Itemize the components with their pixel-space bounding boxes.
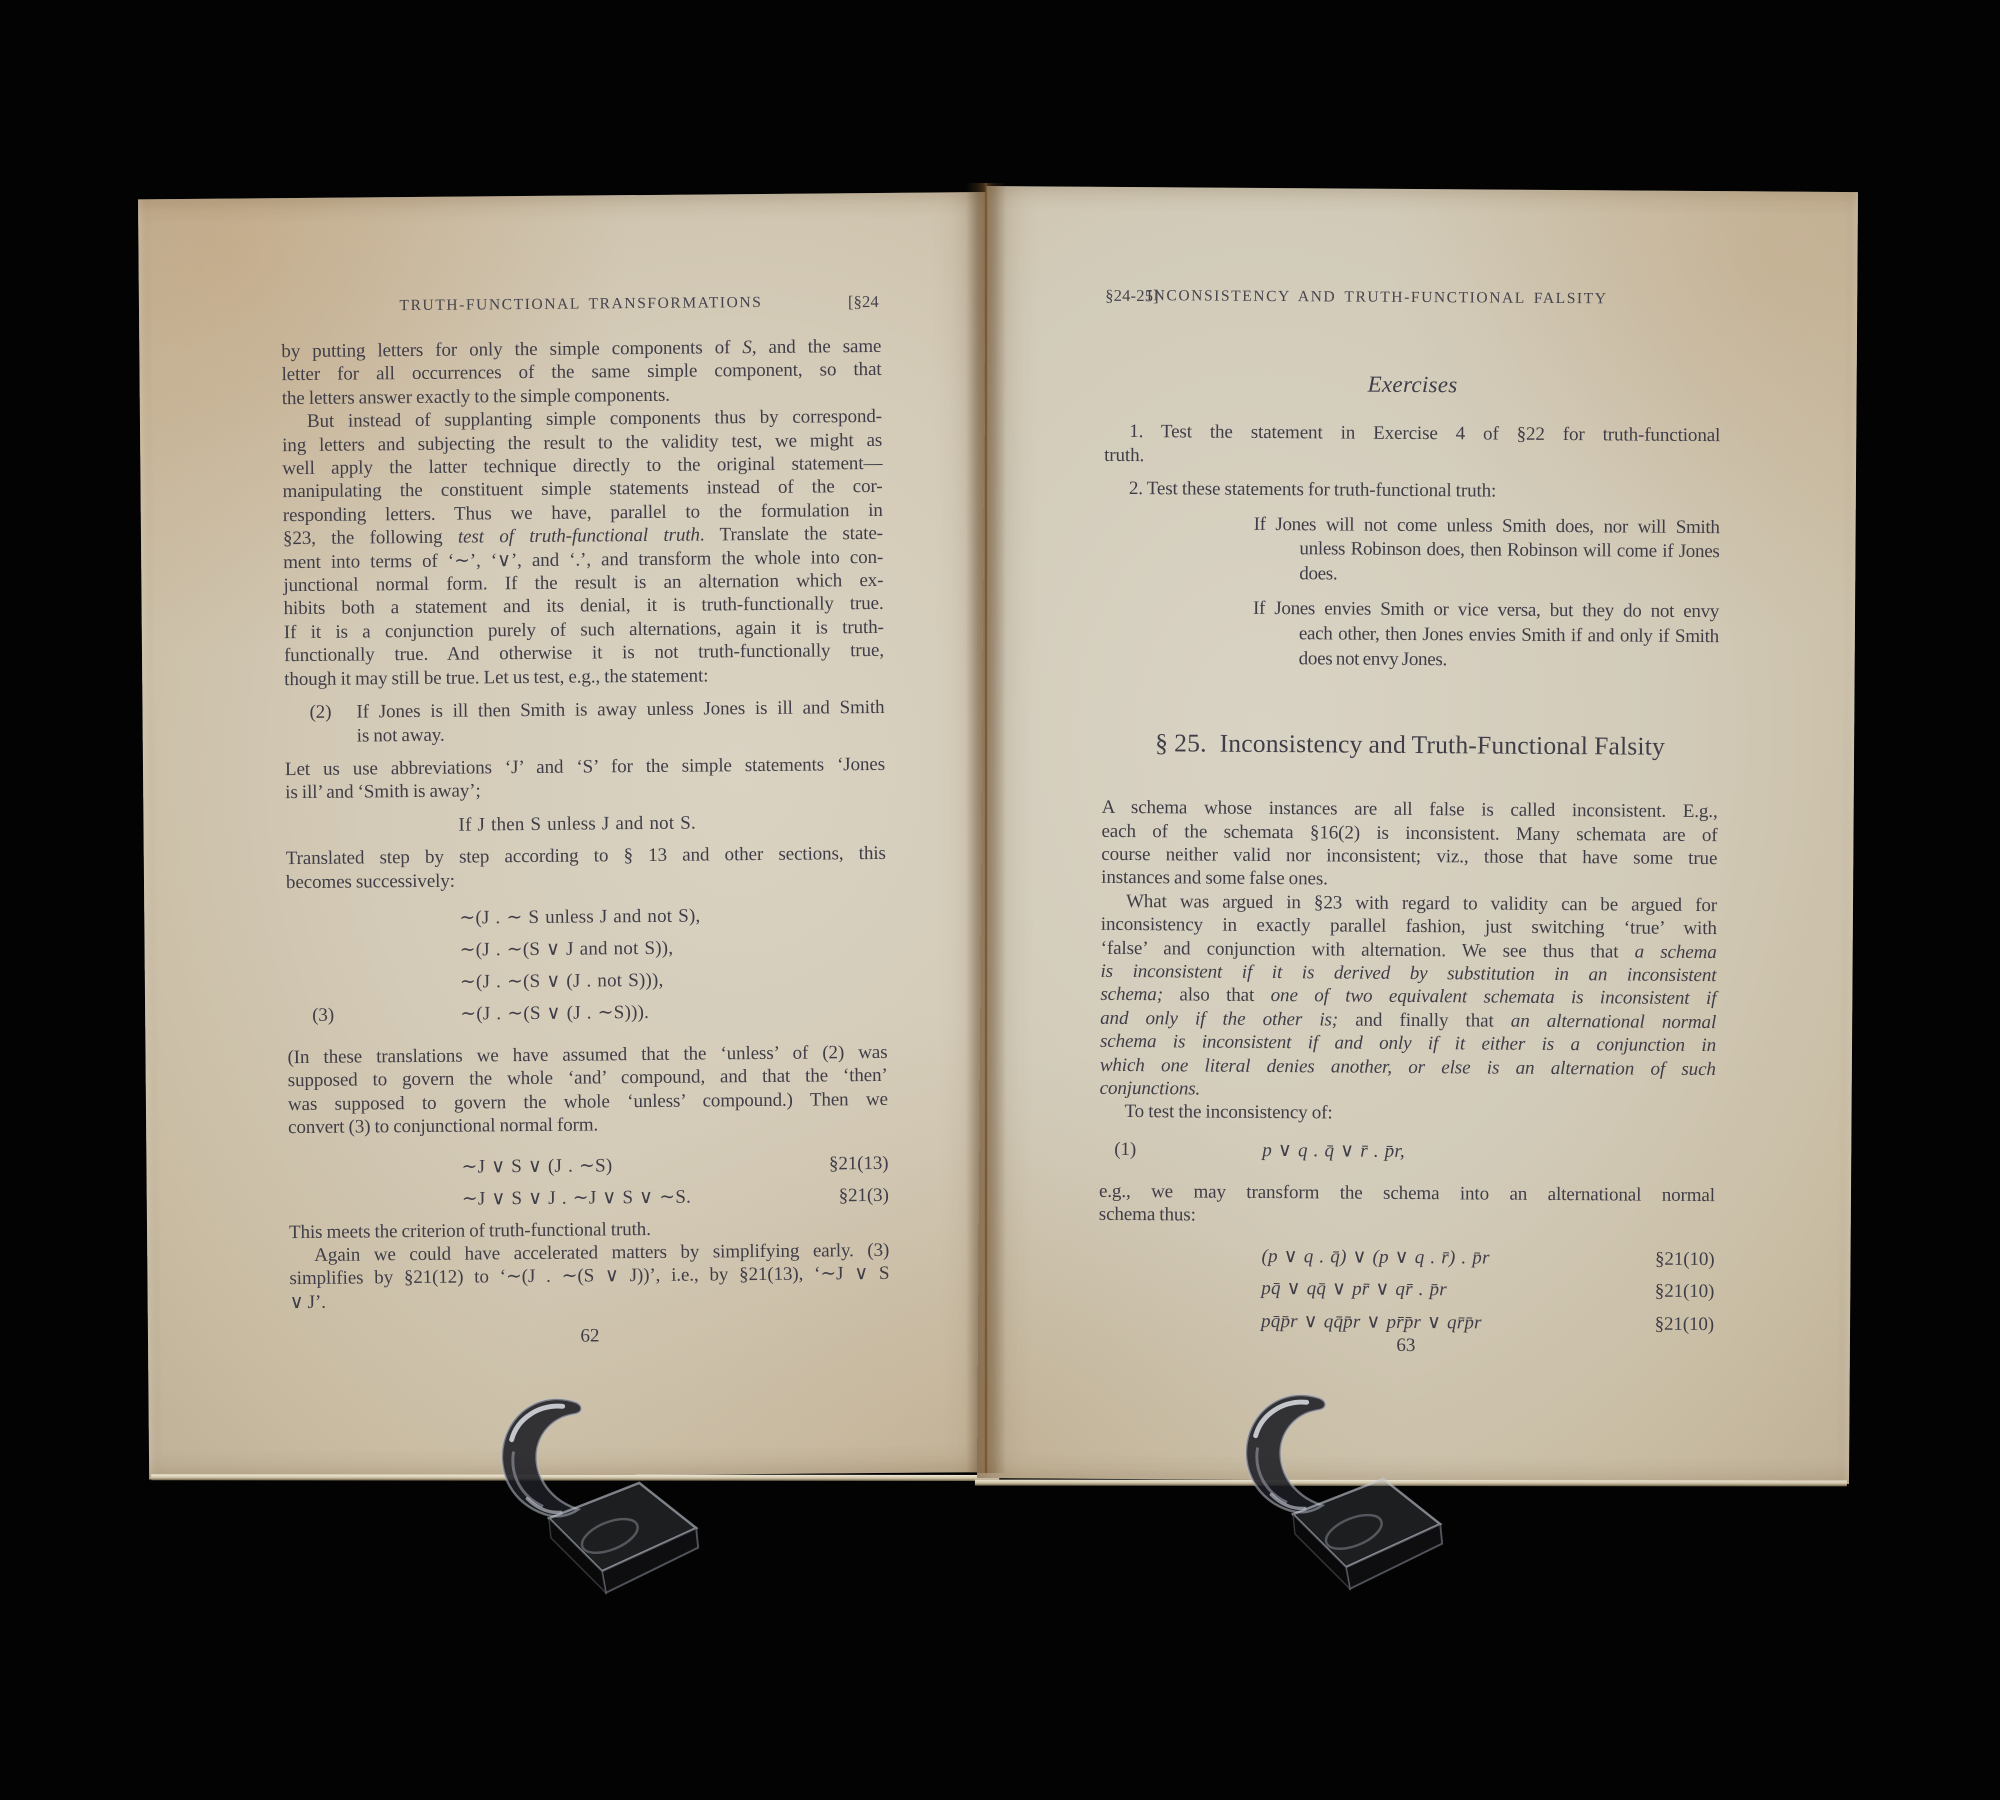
para-block: by putting letters for only the simple c… [281, 335, 882, 410]
book-stand-left [492, 1388, 708, 1620]
running-head-title: TRUTH-FUNCTIONAL TRANSFORMATIONS [399, 294, 762, 314]
h-section-block: § 25. Inconsistency and Truth-Functional… [1102, 726, 1718, 764]
item-block: (2)If Jones is ill then Smith is away un… [284, 696, 884, 748]
running-head-section-label: [§24 [848, 292, 879, 312]
left-page-text: by putting letters for only the simple c… [281, 335, 889, 1314]
fgroup-block: (1)p ∨ q . q̄ ∨ r̄ . p̄r, [1099, 1134, 1715, 1170]
page-number-right: 63 [1098, 1333, 1714, 1359]
running-head-title: INCONSISTENCY AND TRUTH-FUNCTIONAL FALSI… [1147, 287, 1608, 307]
running-head-right: §24-25] INCONSISTENCY AND TRUTH-FUNCTION… [1105, 287, 1721, 309]
refgroup-block: (p ∨ q . q̄) ∨ (p ∨ q . r̄) . p̄r§21(10)… [1098, 1239, 1715, 1341]
para-block: To test the inconsistency of: [1099, 1100, 1715, 1128]
para-block: What was argued in §23 with regard to va… [1100, 890, 1717, 1105]
para-block: Again we could have accelerated matters … [289, 1239, 890, 1314]
left-page-column: TRUTH-FUNCTIONAL TRANSFORMATIONS [§24 by… [281, 293, 891, 1458]
quote-block: If Jones will not come unless Smith does… [1103, 511, 1720, 589]
para-block: A schema whose instances are all false i… [1101, 796, 1718, 894]
para-block: (In these translations we have assumed t… [287, 1041, 888, 1140]
para-block: Translated step by step according to § 1… [286, 842, 886, 894]
right-page-column: §24-25] INCONSISTENCY AND TRUTH-FUNCTION… [1097, 287, 1721, 1471]
book-stand-right [1236, 1384, 1452, 1616]
book-gutter [966, 183, 1006, 1473]
para-block: e.g., we may transform the schema into a… [1099, 1180, 1715, 1231]
para-block: But instead of supplanting simple compon… [282, 405, 884, 691]
quote-block: If Jones envies Smith or vice versa, but… [1103, 596, 1720, 674]
book-photo-scene: TRUTH-FUNCTIONAL TRANSFORMATIONS [§24 by… [0, 0, 2000, 1800]
fgroup-block: ∼(J . ∼ S unless J and not S),∼(J . ∼(S … [286, 899, 887, 1032]
para-block: 2. Test these statements for truth-funct… [1104, 477, 1720, 505]
right-page: §24-25] INCONSISTENCY AND TRUTH-FUNCTION… [977, 186, 1858, 1484]
right-page-text: Exercises1. Test the statement in Exerci… [1098, 327, 1721, 1344]
left-page: TRUTH-FUNCTIONAL TRANSFORMATIONS [§24 by… [138, 192, 997, 1479]
center-block: If J then S unless J and not S. [285, 810, 885, 839]
refgroup-block: ∼J ∨ S ∨ (J . ∼S)§21(13)∼J ∨ S ∨ J . ∼J … [288, 1147, 889, 1217]
running-head-left: TRUTH-FUNCTIONAL TRANSFORMATIONS [§24 [281, 293, 881, 316]
h-italic-block: Exercises [1105, 371, 1721, 399]
page-number-left: 62 [290, 1323, 890, 1350]
para-block: 1. Test the statement in Exercise 4 of §… [1104, 420, 1720, 471]
para-block: Let us use abbreviations ‘J’ and ‘S’ for… [285, 753, 885, 805]
